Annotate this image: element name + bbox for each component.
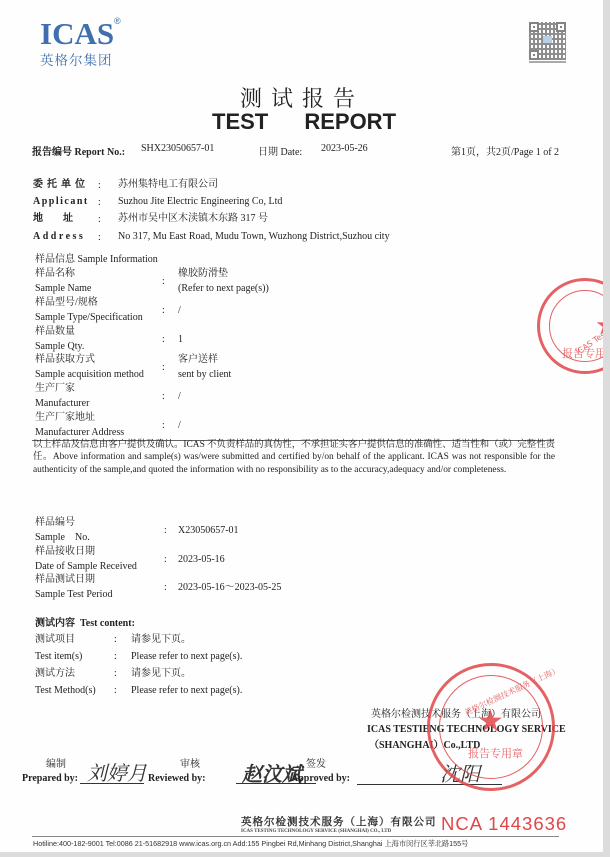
prepared-cn: 编制: [46, 759, 66, 771]
sample-value: 客户送样: [178, 354, 218, 366]
seal-bottom-text: 报告专用章: [468, 745, 523, 761]
sample-label-cn: 生产厂家: [35, 383, 75, 395]
date-label: 日期 Date:: [258, 143, 302, 158]
sample-label-en: Sample acquisition method: [35, 369, 144, 381]
approved-label: Approved by:: [291, 773, 350, 785]
sample-value-en: (Refer to next page(s)): [178, 283, 269, 295]
colon: :: [114, 634, 117, 645]
logo-cn-name: 英格尔集团: [40, 49, 113, 69]
sample-label-cn: 样品获取方式: [35, 354, 95, 366]
colon: :: [114, 668, 117, 679]
test-value: Please refer to next page(s).: [131, 685, 242, 697]
detail-value: X23050657-01: [178, 525, 239, 537]
address-cn-value: 苏州市吴中区木渎镇木东路 317 号: [118, 213, 268, 225]
page-edge-shadow: [603, 0, 610, 857]
sample-label-en: Sample Name: [35, 283, 91, 295]
sample-label-en: Sample Type/Specification: [35, 312, 143, 324]
page-indicator: 第1页，共2页/Page 1 of 2: [451, 143, 559, 158]
sample-value: 橡胶防滑垫: [178, 268, 228, 280]
test-value: Please refer to next page(s).: [131, 651, 242, 663]
qr-code-icon: [529, 22, 566, 60]
sample-label-cn: 生产厂家地址: [35, 412, 95, 424]
colon: :: [164, 582, 167, 593]
address-cn-label: 地 址: [33, 213, 73, 225]
detail-label-en: Date of Sample Received: [35, 561, 137, 573]
address-en-value: No 317, Mu East Road, Mudu Town, Wuzhong…: [118, 231, 390, 243]
detail-label-en: Sample Test Period: [35, 589, 112, 601]
colon: :: [162, 420, 165, 431]
test-label: 测试项目: [35, 634, 75, 646]
sample-label-cn: 样品名称: [35, 268, 75, 280]
detail-value: 2023-05-16: [178, 554, 225, 566]
qr-caption: [529, 61, 566, 63]
seal-bottom-text: 报告专用章: [562, 345, 603, 361]
colon: :: [98, 214, 101, 225]
sample-label-en: Sample Qty.: [35, 341, 84, 353]
colon: :: [162, 334, 165, 345]
reviewed-label: Reviewed by:: [148, 773, 206, 785]
applicant-cn-value: 苏州集特电工有限公司: [118, 179, 218, 191]
seal-stamp-lower: ★ 英格尔检测技术服务（上海） 报告专用章: [427, 663, 555, 791]
colon: :: [98, 197, 101, 208]
report-no-label: 报告编号 Report No.:: [32, 143, 125, 158]
test-content-heading-en: Test content:: [80, 618, 135, 629]
reviewed-cn: 审核: [180, 759, 200, 771]
footer-divider: [32, 836, 559, 837]
sample-value: 1: [178, 334, 183, 346]
detail-label-cn: 样品测试日期: [35, 574, 95, 586]
prepared-line: [80, 783, 144, 784]
test-value: 请参见下页。: [131, 634, 191, 646]
applicant-en-value: Suzhou Jite Electric Engineering Co, Ltd: [118, 196, 282, 208]
sample-value: /: [178, 305, 181, 317]
detail-label-cn: 样品编号: [35, 517, 75, 529]
report-no: SHX23050657-01: [141, 143, 214, 154]
colon: :: [164, 525, 167, 536]
page-title-en: TEST REPORT: [212, 109, 396, 135]
page-edge-shadow: [0, 852, 610, 857]
seal-stamp-upper: ★ ICAS Testing Technology Service (Shang…: [537, 278, 603, 374]
prepared-signature: 刘婷月: [87, 757, 147, 786]
footer-contact: Hotiline:400-182-9001 Tel:0086 21-516829…: [33, 839, 468, 849]
colon: :: [114, 651, 117, 662]
detail-label-cn: 样品接收日期: [35, 546, 95, 558]
approved-cn: 签发: [306, 759, 326, 771]
report-date: 2023-05-26: [321, 143, 368, 154]
sample-value: /: [178, 391, 181, 403]
disclaimer: 以上样品及信息由客户提供及确认。ICAS 不负责样品的真伪性，不承担证实客户提供…: [33, 439, 555, 476]
sample-info-heading: 样品信息 Sample Information: [35, 254, 158, 266]
colon: :: [164, 554, 167, 565]
colon: :: [114, 685, 117, 696]
sample-value: /: [178, 420, 181, 432]
registered-mark: ®: [114, 16, 121, 26]
colon: :: [162, 362, 165, 373]
applicant-cn-label: 委托单位: [33, 179, 89, 191]
test-label: Test item(s): [35, 651, 82, 663]
test-label: Test Method(s): [35, 685, 96, 697]
icas-logo: ICAS: [40, 18, 114, 49]
sample-label-en: Manufacturer Address: [35, 427, 124, 439]
sample-label-cn: 样品型号/规格: [35, 297, 98, 309]
applicant-en-label: Applicant: [33, 196, 89, 208]
sample-value-en: sent by client: [178, 369, 231, 381]
detail-label-en: Sample No.: [35, 532, 90, 544]
sample-label-cn: 样品数量: [35, 326, 75, 338]
test-content-heading-cn: 测试内容: [35, 618, 75, 629]
footer-company-en: ICAS TESTING TECHNOLOGY SERVICE (SHANGHA…: [241, 829, 391, 834]
test-label: 测试方法: [35, 668, 75, 680]
test-value: 请参见下页。: [131, 668, 191, 680]
colon: :: [162, 276, 165, 287]
nca-number: NCA 1443636: [441, 813, 567, 835]
address-en-label: Address: [33, 231, 85, 243]
colon: :: [162, 391, 165, 402]
sample-label-en: Manufacturer: [35, 398, 89, 410]
colon: :: [98, 180, 101, 191]
detail-value: 2023-05-16～2023-05-25: [178, 582, 281, 594]
prepared-label: Prepared by:: [22, 773, 78, 785]
colon: :: [98, 232, 101, 243]
report-page: ICAS ® 英格尔集团 测试报告 TEST REPORT 报告编号 Repor…: [0, 0, 603, 852]
colon: :: [162, 305, 165, 316]
footer-company-cn: 英格尔检测技术服务（上海）有限公司: [241, 814, 437, 829]
test-content-heading: 测试内容 Test content:: [35, 618, 135, 630]
